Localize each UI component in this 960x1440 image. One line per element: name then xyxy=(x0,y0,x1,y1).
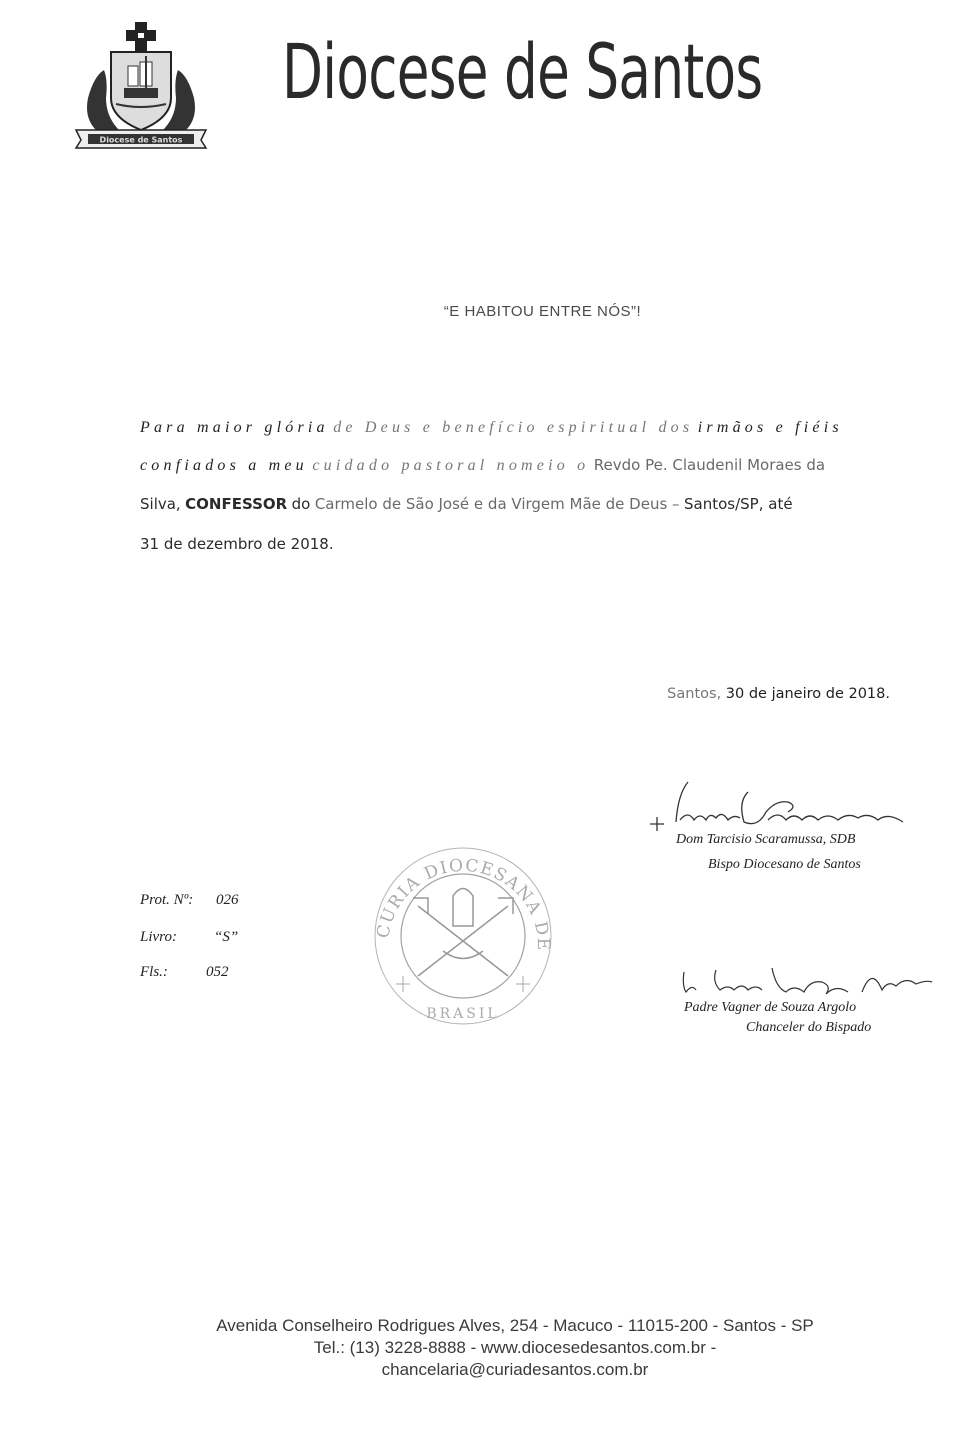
protocol-value: 026 xyxy=(216,892,239,909)
body-text: Carmelo de São José e da Virgem Mãe de D… xyxy=(315,495,680,513)
chancellor-name: Padre Vagner de Souza Argolo xyxy=(684,1000,856,1016)
book-value: “S” xyxy=(214,929,238,946)
appointment-role: CONFESSOR xyxy=(185,495,287,513)
date-value: 30 de janeiro de 2018. xyxy=(726,686,890,702)
bishop-role: Bispo Diocesano de Santos xyxy=(708,857,861,873)
nominee-name: Revdo Pe. Claudenil Moraes da xyxy=(594,456,825,474)
bishop-name: Dom Tarcisio Scaramussa, SDB xyxy=(676,832,855,848)
book-label: Livro: xyxy=(140,929,177,946)
svg-text:CURIA DIOCESANA DE SANTOS: CURIA DIOCESANA DE SANTOS xyxy=(358,826,553,952)
svg-text:BRASIL: BRASIL xyxy=(426,1006,499,1022)
date-place: Santos, xyxy=(667,686,721,702)
body-text: Silva, xyxy=(140,495,181,513)
diocese-coat-of-arms-icon: Diocese de Santos xyxy=(66,18,216,150)
protocol-label: Prot. Nº: xyxy=(140,892,193,909)
episcopal-seal-icon: CURIA DIOCESANA DE SANTOS BRASIL xyxy=(358,826,568,1026)
document-date: Santos, 30 de janeiro de 2018. xyxy=(667,686,890,702)
chancellor-signature xyxy=(676,962,936,1002)
body-text: confiados a meu xyxy=(140,457,308,474)
body-text: cuidado pastoral nomeio o xyxy=(312,457,589,474)
body-line-2: confiados a meu cuidado pastoral nomeio … xyxy=(140,458,825,474)
bishop-signature xyxy=(648,772,918,832)
page-title: Diocese de Santos xyxy=(282,34,762,110)
motto: “E HABITOU ENTRE NÓS”! xyxy=(0,303,960,320)
handwritten-signature-icon xyxy=(676,962,936,1002)
body-text: Para maior glória xyxy=(140,419,329,436)
body-line-1: Para maior glória de Deus e benefício es… xyxy=(140,420,843,436)
body-text: do xyxy=(292,495,311,513)
body-line-4: 31 de dezembro de 2018. xyxy=(140,537,334,552)
svg-text:Diocese de Santos: Diocese de Santos xyxy=(100,136,183,145)
footer-address: Avenida Conselheiro Rodrigues Alves, 254… xyxy=(0,1316,960,1336)
body-line-3: Silva, CONFESSOR do Carmelo de São José … xyxy=(140,497,793,513)
handwritten-signature-icon xyxy=(648,772,918,832)
footer-contact: Tel.: (13) 3228-8888 - www.diocesedesant… xyxy=(0,1338,960,1358)
pages-value: 052 xyxy=(206,964,229,981)
body-text: irmãos e fiéis xyxy=(698,419,843,436)
footer-email: chancelaria@curiadesantos.com.br xyxy=(0,1360,960,1380)
body-text: Santos/SP, até xyxy=(684,495,793,513)
body-text: de Deus e benefício espiritual dos xyxy=(333,419,693,436)
chancellor-role: Chanceler do Bispado xyxy=(746,1020,871,1036)
pages-label: Fls.: xyxy=(140,964,168,981)
